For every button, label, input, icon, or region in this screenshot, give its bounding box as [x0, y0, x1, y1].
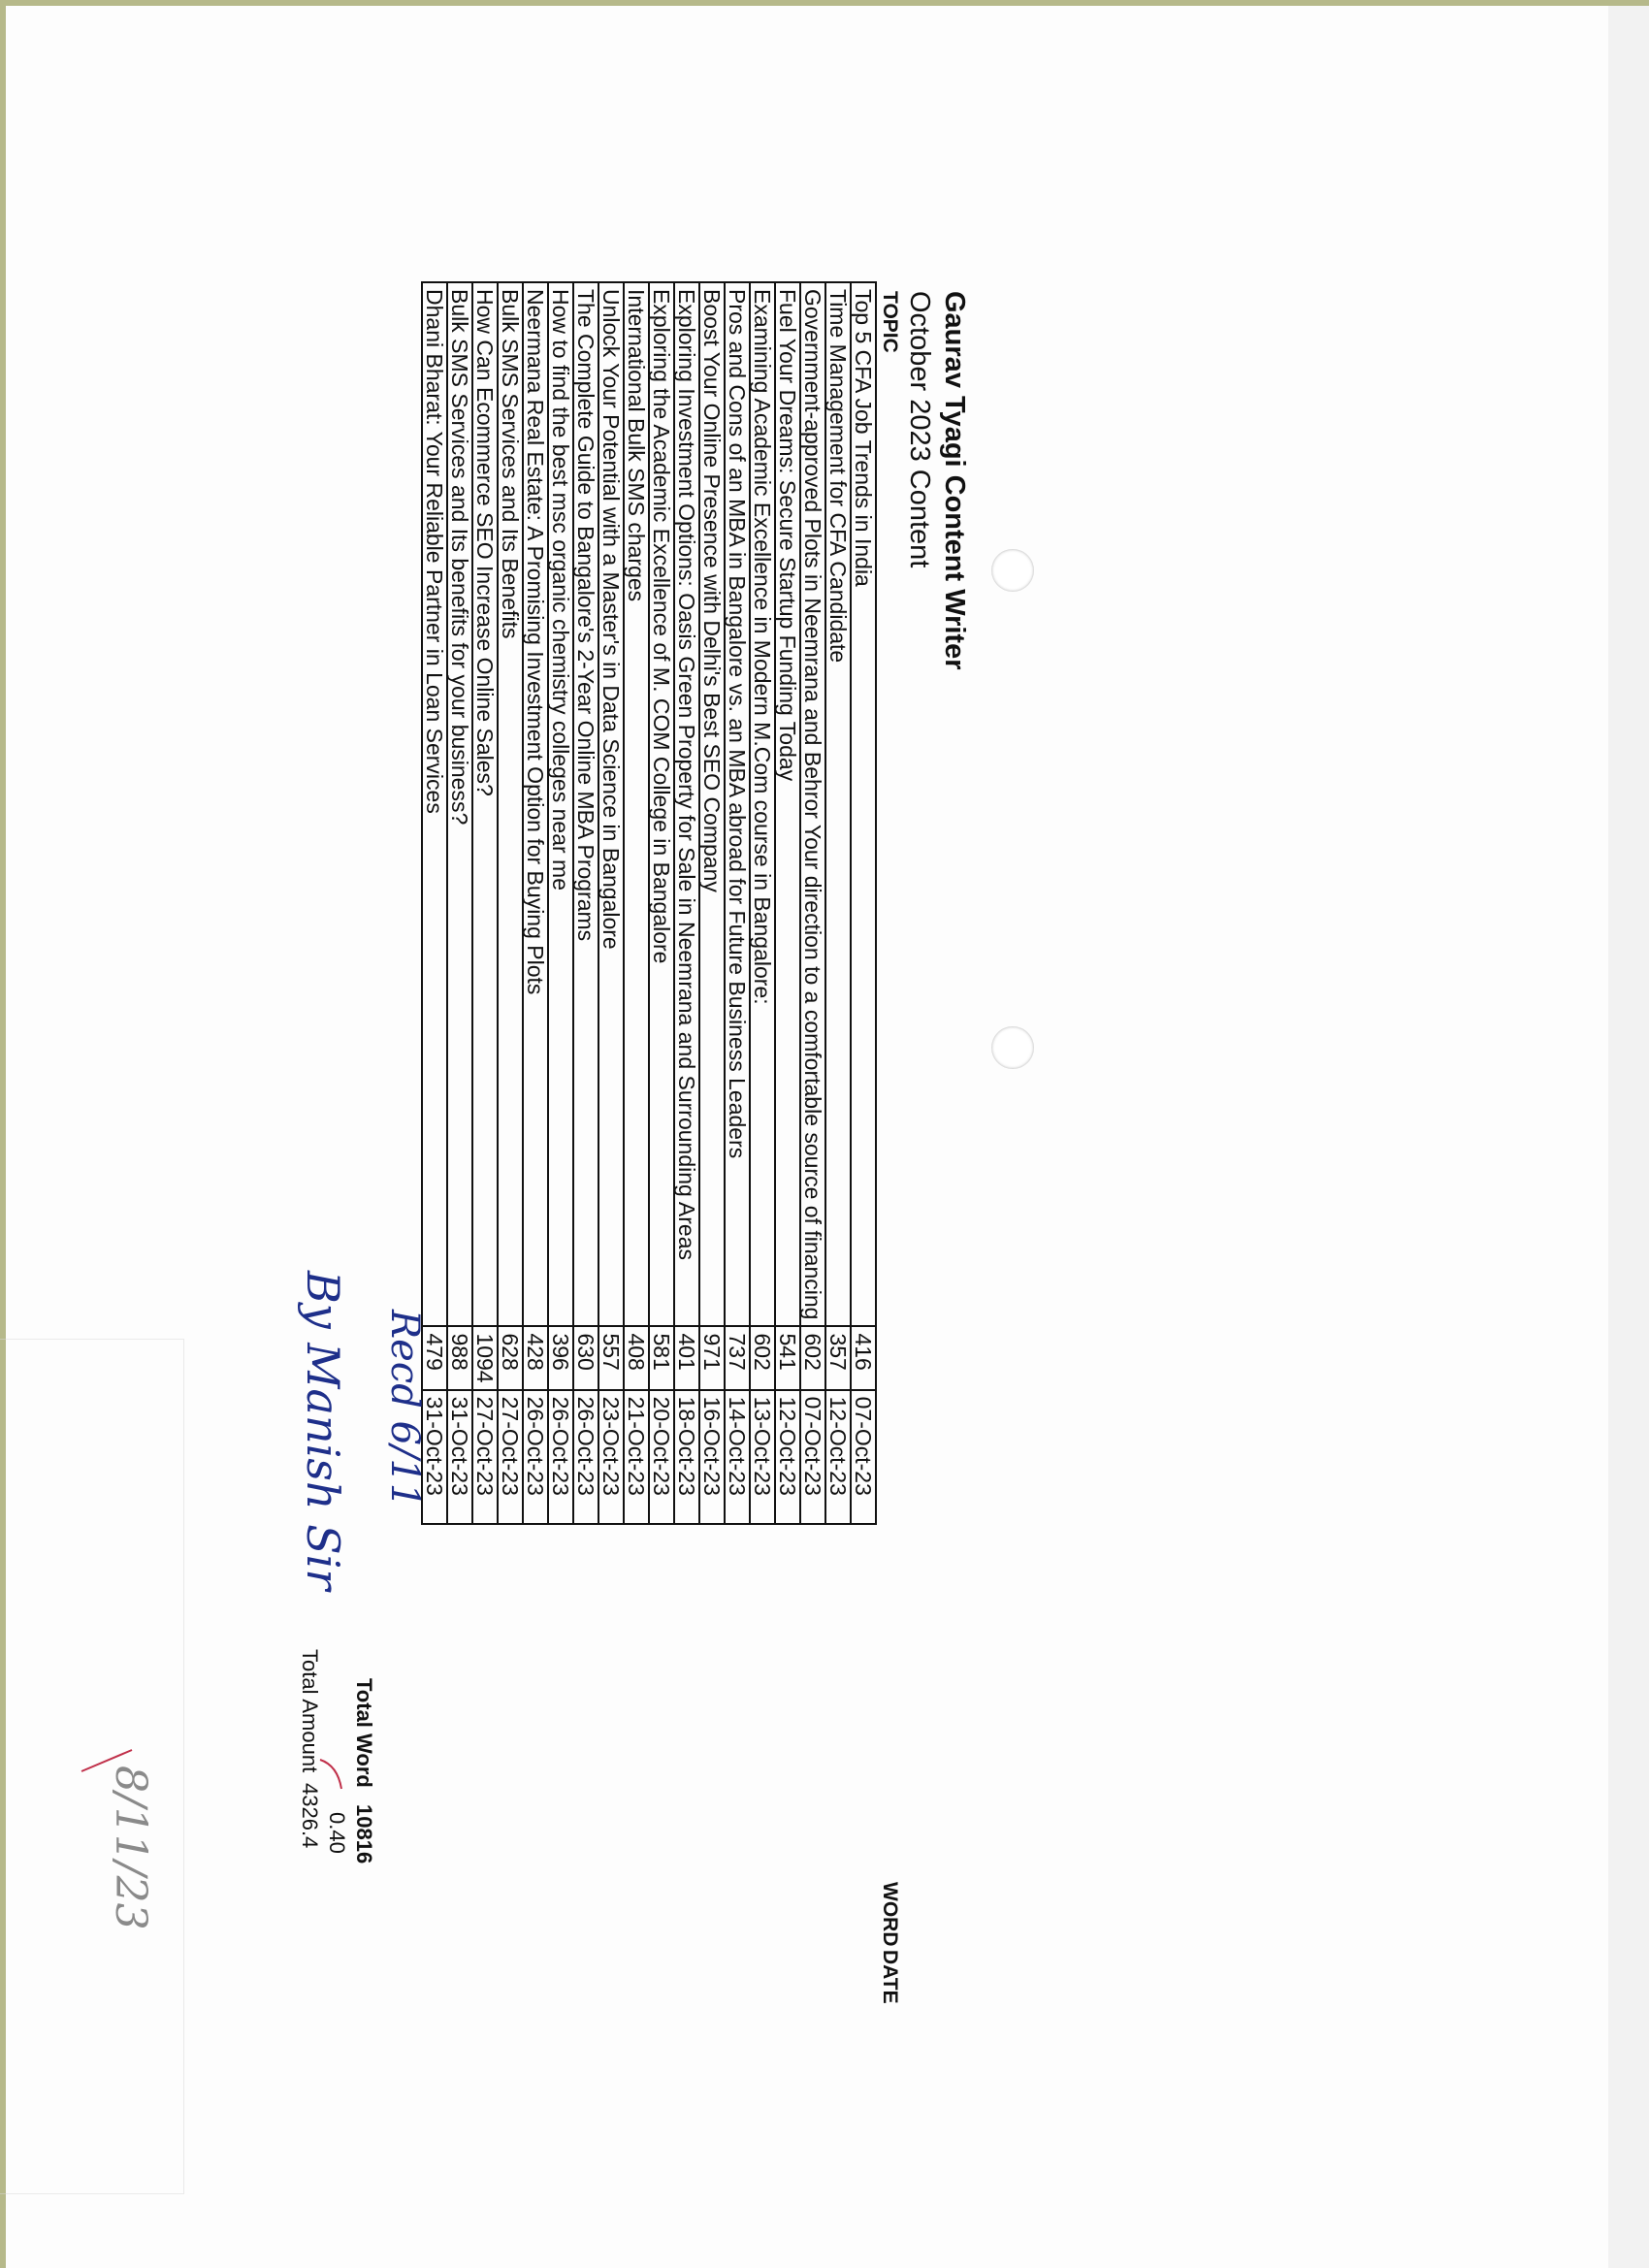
- topic-cell: Top 5 CFA Job Trends in India: [851, 282, 876, 1326]
- topic-cell: Examining Academic Excellence in Modern …: [750, 282, 775, 1326]
- topic-cell: Fuel Your Dreams: Secure Startup Funding…: [775, 282, 800, 1326]
- topic-cell: How to find the best msc organic chemist…: [548, 282, 573, 1326]
- date-cell: 18-Oct-23: [674, 1390, 699, 1524]
- table-row: Boost Your Online Presence with Delhi's …: [699, 282, 725, 1524]
- column-header-topic: TOPIC: [878, 291, 901, 353]
- column-header-word: WORD: [878, 1882, 901, 1947]
- topic-cell: Exploring the Academic Excellence of M. …: [649, 282, 674, 1326]
- total-amount-label: Total Amount: [297, 1649, 322, 1772]
- topic-cell: Bulk SMS Services and Its Benefits: [498, 282, 523, 1326]
- topic-cell: Time Management for CFA Candidate: [825, 282, 851, 1326]
- table-row: How Can Ecommerce SEO Increase Online Sa…: [472, 282, 498, 1524]
- table-row: The Complete Guide to Bangalore's 2-Year…: [573, 282, 598, 1524]
- date-cell: 07-Oct-23: [851, 1390, 876, 1524]
- topic-cell: Dhani Bharat: Your Reliable Partner in L…: [422, 282, 447, 1326]
- table-row: Neermana Real Estate: A Promising Invest…: [523, 282, 548, 1524]
- table-row: Exploring the Academic Excellence of M. …: [649, 282, 674, 1524]
- word-count-cell: 971: [699, 1326, 725, 1389]
- word-count-cell: 602: [750, 1326, 775, 1389]
- document-title: Gaurav Tyagi Content Writer: [938, 291, 970, 670]
- word-count-cell: 428: [523, 1326, 548, 1389]
- word-count-cell: 396: [548, 1326, 573, 1389]
- word-count-cell: 628: [498, 1326, 523, 1389]
- table-row: Pros and Cons of an MBA in Bangalore vs.…: [725, 282, 750, 1524]
- word-count-cell: 602: [800, 1326, 825, 1389]
- column-header-date: DATE: [878, 1950, 901, 2004]
- checkmark-icon: [295, 1756, 343, 1795]
- table-row: Unlock Your Potential with a Master's in…: [598, 282, 624, 1524]
- table-row: How to find the best msc organic chemist…: [548, 282, 573, 1524]
- word-count-cell: 988: [447, 1326, 472, 1389]
- rate-value: 0.40: [324, 1812, 349, 1854]
- date-cell: 13-Oct-23: [750, 1390, 775, 1524]
- date-cell: 12-Oct-23: [825, 1390, 851, 1524]
- topic-cell: Neermana Real Estate: A Promising Invest…: [523, 282, 548, 1326]
- date-cell: 23-Oct-23: [598, 1390, 624, 1524]
- date-cell: 27-Oct-23: [498, 1390, 523, 1524]
- topic-cell: Boost Your Online Presence with Delhi's …: [699, 282, 725, 1326]
- handwritten-date-stamp: 8/11/23: [106, 1766, 155, 1930]
- table-row: Government-approved Plots in Neemrana an…: [800, 282, 825, 1524]
- date-cell: 31-Oct-23: [447, 1390, 472, 1524]
- table-row: Fuel Your Dreams: Secure Startup Funding…: [775, 282, 800, 1524]
- word-count-cell: 408: [624, 1326, 649, 1389]
- topic-cell: Pros and Cons of an MBA in Bangalore vs.…: [725, 282, 750, 1326]
- topic-cell: Unlock Your Potential with a Master's in…: [598, 282, 624, 1326]
- date-cell: 26-Oct-23: [573, 1390, 598, 1524]
- table-row: Bulk SMS Services and Its benefits for y…: [447, 282, 472, 1524]
- date-cell: 21-Oct-23: [624, 1390, 649, 1524]
- word-count-cell: 1094: [472, 1326, 498, 1389]
- table-row: Time Management for CFA Candidate35712-O…: [825, 282, 851, 1524]
- table-row: Top 5 CFA Job Trends in India41607-Oct-2…: [851, 282, 876, 1524]
- document-subtitle: October 2023 Content: [903, 291, 935, 567]
- topic-cell: The Complete Guide to Bangalore's 2-Year…: [573, 282, 598, 1326]
- handwritten-note-received: Recd 6/11: [382, 1310, 427, 1507]
- word-count-cell: 630: [573, 1326, 598, 1389]
- rotated-document: Gaurav Tyagi Content Writer October 2023…: [0, 0, 1649, 2268]
- date-cell: 27-Oct-23: [472, 1390, 498, 1524]
- topic-cell: Exploring Investment Options: Oasis Gree…: [674, 282, 699, 1326]
- table-row: Exploring Investment Options: Oasis Gree…: [674, 282, 699, 1524]
- date-cell: 26-Oct-23: [548, 1390, 573, 1524]
- topic-cell: Government-approved Plots in Neemrana an…: [800, 282, 825, 1326]
- word-count-cell: 581: [649, 1326, 674, 1389]
- date-cell: 07-Oct-23: [800, 1390, 825, 1524]
- topic-cell: How Can Ecommerce SEO Increase Online Sa…: [472, 282, 498, 1326]
- total-word-value: 10816: [351, 1804, 376, 1863]
- topic-cell: Bulk SMS Services and Its benefits for y…: [447, 282, 472, 1326]
- word-count-cell: 737: [725, 1326, 750, 1389]
- word-count-cell: 401: [674, 1326, 699, 1389]
- table-row: Bulk SMS Services and Its Benefits62827-…: [498, 282, 523, 1524]
- date-cell: 14-Oct-23: [725, 1390, 750, 1524]
- total-word-label: Total Word: [351, 1678, 376, 1788]
- date-cell: 16-Oct-23: [699, 1390, 725, 1524]
- word-count-cell: 557: [598, 1326, 624, 1389]
- table-row: Examining Academic Excellence in Modern …: [750, 282, 775, 1524]
- date-cell: 12-Oct-23: [775, 1390, 800, 1524]
- word-count-cell: 541: [775, 1326, 800, 1389]
- red-tick-icon: [78, 1746, 136, 1775]
- date-cell: 26-Oct-23: [523, 1390, 548, 1524]
- table-row: International Bulk SMS charges40821-Oct-…: [624, 282, 649, 1524]
- handwritten-note-by: By Manish Sir: [297, 1271, 349, 1590]
- word-count-cell: 357: [825, 1326, 851, 1389]
- content-table: Top 5 CFA Job Trends in India41607-Oct-2…: [421, 281, 877, 1525]
- word-count-cell: 416: [851, 1326, 876, 1389]
- topic-cell: International Bulk SMS charges: [624, 282, 649, 1326]
- date-cell: 20-Oct-23: [649, 1390, 674, 1524]
